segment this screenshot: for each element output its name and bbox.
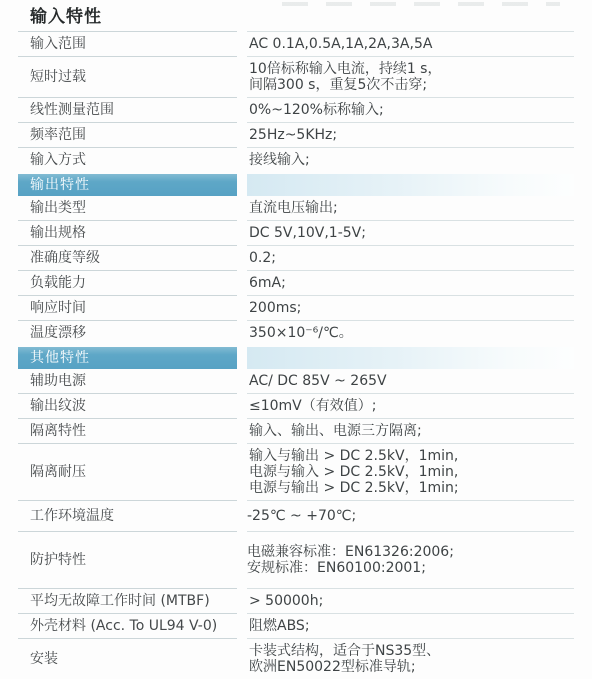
crop-artifact bbox=[282, 2, 560, 6]
spec-value-line: 接线输入; bbox=[249, 152, 574, 168]
spec-value-line: 0.2; bbox=[249, 250, 574, 266]
spec-value-cell: AC/ DC 85V ~ 265V bbox=[247, 369, 574, 394]
spec-value-line: 安规标准：EN60100:2001; bbox=[247, 560, 574, 576]
spec-label: 响应时间 bbox=[30, 300, 237, 316]
spec-value-cell: DC 5V,10V,1-5V; bbox=[247, 221, 574, 246]
spec-row: 平均无故障工作时间 (MTBF)> 50000h; bbox=[18, 589, 574, 614]
spec-value-cell: 电磁兼容标准：EN61326:2006;安规标准：EN60100:2001; bbox=[247, 532, 574, 589]
spec-label-cell: 输出规格 bbox=[18, 221, 237, 246]
spec-value-line: 200ms; bbox=[249, 300, 574, 316]
section-band: 其他特性 bbox=[18, 347, 237, 369]
title-row: 输入特性 bbox=[18, 2, 574, 32]
spec-label-cell: 隔离特性 bbox=[18, 419, 237, 444]
spec-value-line: 欧洲EN50022型标准导轨; bbox=[249, 659, 574, 675]
spec-row: 防护特性电磁兼容标准：EN61326:2006;安规标准：EN60100:200… bbox=[18, 532, 574, 589]
spec-label: 输出类型 bbox=[30, 200, 237, 216]
spec-row: 隔离耐压输入与输出 > DC 2.5kV，1min,电源与输入 > DC 2.5… bbox=[18, 444, 574, 501]
spec-value-line: 10倍标称输入电流，持续1 s， bbox=[249, 61, 574, 77]
section-band: 输出特性 bbox=[18, 174, 237, 196]
section-header-row: 其他特性 bbox=[18, 347, 574, 369]
spec-value-cell: 直流电压输出; bbox=[247, 196, 574, 221]
spec-table: 输入范围AC 0.1A,0.5A,1A,2A,3A,5A短时过载10倍标称输入电… bbox=[18, 32, 574, 679]
spec-value-line: ≤10mV（有效值）; bbox=[249, 398, 574, 414]
spec-value-cell: 0.2; bbox=[247, 246, 574, 271]
spec-label-cell: 隔离耐压 bbox=[18, 444, 237, 501]
spec-value-cell: 输入与输出 > DC 2.5kV，1min,电源与输入 > DC 2.5kV，1… bbox=[247, 444, 574, 501]
spec-value-line: 350×10⁻⁶/℃。 bbox=[249, 325, 574, 341]
spec-value-line: 卡装式结构，适合于NS35型、 bbox=[249, 643, 574, 659]
spec-label: 负载能力 bbox=[30, 275, 237, 291]
spec-value-cell: AC 0.1A,0.5A,1A,2A,3A,5A bbox=[247, 32, 574, 57]
section-header-row: 输出特性 bbox=[18, 174, 574, 196]
spec-label: 线性测量范围 bbox=[30, 102, 237, 118]
spec-label: 输入方式 bbox=[30, 152, 237, 168]
spec-value-cell: 输入、输出、电源三方隔离; bbox=[247, 419, 574, 444]
spec-label-cell: 外壳材料 (Acc. To UL94 V-0) bbox=[18, 614, 237, 639]
spec-row: 输出规格DC 5V,10V,1-5V; bbox=[18, 221, 574, 246]
page-title: 输入特性 bbox=[30, 7, 102, 27]
spec-row: 线性测量范围0%~120%标称输入; bbox=[18, 98, 574, 123]
spec-row: 响应时间200ms; bbox=[18, 296, 574, 321]
title-spacer bbox=[247, 2, 574, 32]
spec-value-line: 6mA; bbox=[249, 275, 574, 291]
spec-value-cell: 接线输入; bbox=[247, 148, 574, 173]
spec-row: 外壳材料 (Acc. To UL94 V-0)阻燃ABS; bbox=[18, 614, 574, 639]
spec-label: 温度漂移 bbox=[30, 325, 237, 341]
spec-label: 辅助电源 bbox=[30, 373, 237, 389]
spec-value-line: 输入与输出 > DC 2.5kV，1min, bbox=[249, 448, 574, 464]
section-strip bbox=[247, 347, 574, 369]
spec-label: 平均无故障工作时间 (MTBF) bbox=[30, 593, 237, 609]
spec-value-cell: 350×10⁻⁶/℃。 bbox=[247, 321, 574, 346]
spec-value-line: DC 5V,10V,1-5V; bbox=[249, 225, 574, 241]
spec-label: 短时过载 bbox=[30, 69, 237, 85]
spec-label-cell: 短时过载 bbox=[18, 57, 237, 98]
spec-label: 输出规格 bbox=[30, 225, 237, 241]
spec-row: 负载能力6mA; bbox=[18, 271, 574, 296]
spec-value-line: AC 0.1A,0.5A,1A,2A,3A,5A bbox=[249, 36, 574, 52]
spec-label-cell: 输出类型 bbox=[18, 196, 237, 221]
section-title: 输出特性 bbox=[30, 177, 90, 193]
spec-label: 输入范围 bbox=[30, 36, 237, 52]
spec-label-cell: 辅助电源 bbox=[18, 369, 237, 394]
spec-label-cell: 平均无故障工作时间 (MTBF) bbox=[18, 589, 237, 614]
spec-label-cell: 负载能力 bbox=[18, 271, 237, 296]
spec-row: 频率范围25Hz~5KHz; bbox=[18, 123, 574, 148]
spec-row: 辅助电源AC/ DC 85V ~ 265V bbox=[18, 369, 574, 394]
spec-row: 工作环境温度-25℃ ~ +70℃; bbox=[18, 501, 574, 532]
spec-value-line: 25Hz~5KHz; bbox=[249, 127, 574, 143]
spec-value-cell: -25℃ ~ +70℃; bbox=[247, 501, 574, 532]
spec-label-cell: 准确度等级 bbox=[18, 246, 237, 271]
spec-label: 工作环境温度 bbox=[30, 508, 237, 524]
spec-label: 外壳材料 (Acc. To UL94 V-0) bbox=[30, 618, 237, 634]
spec-row: 准确度等级0.2; bbox=[18, 246, 574, 271]
spec-row: 输入范围AC 0.1A,0.5A,1A,2A,3A,5A bbox=[18, 32, 574, 57]
spec-label: 准确度等级 bbox=[30, 250, 237, 266]
spec-value-line: 阻燃ABS; bbox=[249, 618, 574, 634]
spec-row: 隔离特性输入、输出、电源三方隔离; bbox=[18, 419, 574, 444]
title-cell: 输入特性 bbox=[18, 2, 237, 32]
spec-value-cell: 卡装式结构，适合于NS35型、欧洲EN50022型标准导轨; bbox=[247, 639, 574, 679]
spec-value-cell: 10倍标称输入电流，持续1 s，间隔300 s，重复5次不击穿; bbox=[247, 57, 574, 98]
spec-label-cell: 频率范围 bbox=[18, 123, 237, 148]
spec-value-line: -25℃ ~ +70℃; bbox=[247, 508, 574, 524]
spec-label-cell: 工作环境温度 bbox=[18, 501, 237, 532]
spec-value-cell: 200ms; bbox=[247, 296, 574, 321]
spec-label-cell: 输入方式 bbox=[18, 148, 237, 173]
spec-value-cell: 25Hz~5KHz; bbox=[247, 123, 574, 148]
spec-value-line: 电源与输出 > DC 2.5kV，1min; bbox=[249, 480, 574, 496]
spec-value-line: 电磁兼容标准：EN61326:2006; bbox=[247, 544, 574, 560]
spec-value-line: 间隔300 s，重复5次不击穿; bbox=[249, 77, 574, 93]
spec-row: 输入方式接线输入; bbox=[18, 148, 574, 173]
spec-row: 输出纹波≤10mV（有效值）; bbox=[18, 394, 574, 419]
spec-label: 防护特性 bbox=[30, 552, 237, 568]
spec-label: 安装 bbox=[30, 651, 237, 667]
spec-value-line: 输入、输出、电源三方隔离; bbox=[249, 423, 574, 439]
spec-label: 隔离特性 bbox=[30, 423, 237, 439]
section-title: 其他特性 bbox=[30, 350, 90, 366]
spec-label-cell: 输入范围 bbox=[18, 32, 237, 57]
spec-value-cell: 阻燃ABS; bbox=[247, 614, 574, 639]
spec-value-cell: > 50000h; bbox=[247, 589, 574, 614]
spec-value-line: 0%~120%标称输入; bbox=[249, 102, 574, 118]
spec-label-cell: 响应时间 bbox=[18, 296, 237, 321]
spec-label: 输出纹波 bbox=[30, 398, 237, 414]
spec-label: 隔离耐压 bbox=[30, 464, 237, 480]
spec-value-line: 直流电压输出; bbox=[249, 200, 574, 216]
spec-label: 频率范围 bbox=[30, 127, 237, 143]
spec-row: 温度漂移350×10⁻⁶/℃。 bbox=[18, 321, 574, 346]
spec-value-line: > 50000h; bbox=[249, 593, 574, 609]
spec-value-line: 电源与输入 > DC 2.5kV，1min, bbox=[249, 464, 574, 480]
spec-row: 输出类型直流电压输出; bbox=[18, 196, 574, 221]
spec-value-cell: 0%~120%标称输入; bbox=[247, 98, 574, 123]
section-strip bbox=[247, 174, 574, 196]
spec-label-cell: 温度漂移 bbox=[18, 321, 237, 346]
spec-label-cell: 线性测量范围 bbox=[18, 98, 237, 123]
spec-label-cell: 输出纹波 bbox=[18, 394, 237, 419]
spec-value-cell: 6mA; bbox=[247, 271, 574, 296]
spec-row: 安装卡装式结构，适合于NS35型、欧洲EN50022型标准导轨; bbox=[18, 639, 574, 679]
spec-value-line: AC/ DC 85V ~ 265V bbox=[249, 373, 574, 389]
spec-page: 输入特性 输入范围AC 0.1A,0.5A,1A,2A,3A,5A短时过载10倍… bbox=[0, 0, 592, 679]
spec-label-cell: 防护特性 bbox=[18, 532, 237, 589]
spec-row: 短时过载10倍标称输入电流，持续1 s，间隔300 s，重复5次不击穿; bbox=[18, 57, 574, 98]
spec-value-cell: ≤10mV（有效值）; bbox=[247, 394, 574, 419]
spec-label-cell: 安装 bbox=[18, 639, 237, 679]
